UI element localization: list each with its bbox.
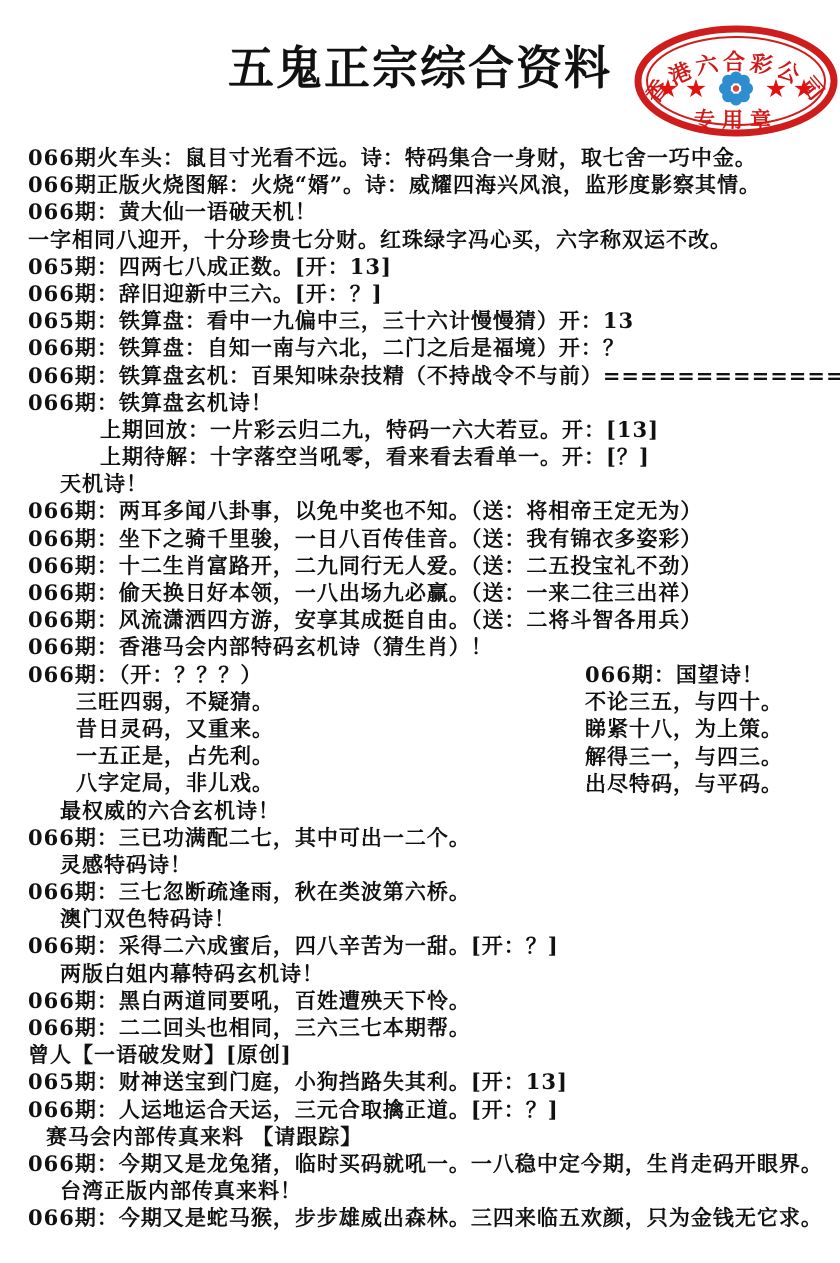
text-line: 澳门双色特码诗！ bbox=[0, 905, 840, 932]
text-line: 066期：二二回头也相同，三六三七本期帮。 bbox=[0, 1014, 840, 1041]
text-line: 066期：三已功满配二七，其中可出一二个。 bbox=[0, 824, 840, 851]
text-line: 066期：香港马会内部特码玄机诗（猜生肖）！ bbox=[0, 633, 840, 660]
text-line: 不论三五，与四十。 bbox=[585, 688, 783, 715]
text-line: 曾人【一语破发财】[原创] bbox=[0, 1041, 840, 1068]
text-line: 上期回放：一片彩云归二九，特码一六大若豆。开：[13] bbox=[0, 416, 840, 443]
star-icon: ★ bbox=[685, 74, 707, 103]
text-line: 066期：坐下之骑千里骏，一日八百传佳音。（送：我有锦衣多姿彩） bbox=[0, 525, 840, 552]
text-line: 解得三一，与四三。 bbox=[585, 743, 783, 770]
text-line: 066期：今期又是龙兔猪，临时买码就吼一。一八稳中定今期，生肖走码开眼界。 bbox=[0, 1150, 840, 1177]
text-line: 066期：铁算盘玄机：百果知味杂技精（不持战令不与前）=============… bbox=[0, 362, 840, 389]
text-line: 066期：人运地运合天运，三元合取擒正道。[开：？] bbox=[0, 1096, 840, 1123]
text-line: 台湾正版内部传真来料！ bbox=[0, 1177, 840, 1204]
text-line: 066期火车头：鼠目寸光看不远。诗：特码集合一身财，取七舍一巧中金。 bbox=[0, 144, 840, 171]
text-line: 066期：三七忽断疏逢雨，秋在类波第六桥。 bbox=[0, 878, 840, 905]
text-line: 066期：偷天换日好本领，一八出场九必赢。（送：一来二往三出祥） bbox=[0, 579, 840, 606]
page-root: 五鬼正宗综合资料 香港六合彩公司 ★ ★ ★ ★ 专用章 066期火车头：鼠目寸… bbox=[0, 0, 840, 1263]
text-line: 066期：黑白两道同要吼，百姓遭殃天下怜。 bbox=[0, 987, 840, 1014]
text-line: 睇紧十八，为上策。 bbox=[585, 715, 783, 742]
text-line: 出尽特码，与平码。 bbox=[585, 770, 783, 797]
text-line: 066期：铁算盘：自知一南与六北，二门之后是福境）开：？ bbox=[0, 334, 840, 361]
text-line: 065期：财神送宝到门庭，小狗挡路失其利。[开：13] bbox=[0, 1068, 840, 1095]
text-line: 赛马会内部传真来料 【请跟踪】 bbox=[0, 1123, 840, 1150]
text-line: 最权威的六合玄机诗！ bbox=[0, 797, 840, 824]
text-line: 066期：十二生肖富路开，二九同行无人爱。（送：二五投宝礼不劲） bbox=[0, 552, 840, 579]
company-stamp: 香港六合彩公司 ★ ★ ★ ★ 专用章 bbox=[633, 24, 839, 138]
stamp-bottom-text: 专用章 bbox=[694, 107, 778, 132]
text-line: 一字相同八迎开，十分珍贵七分财。红珠绿字冯心买，六字称双运不改。 bbox=[0, 226, 840, 253]
text-line: 066期：国望诗！ bbox=[585, 661, 783, 688]
right-column: 066期：国望诗！不论三五，与四十。睇紧十八，为上策。解得三一，与四三。出尽特码… bbox=[585, 661, 783, 797]
text-line: 天机诗！ bbox=[0, 470, 840, 497]
text-line: 066期：铁算盘玄机诗！ bbox=[0, 389, 840, 416]
text-line: 066期：辞旧迎新中三六。[开：？] bbox=[0, 280, 840, 307]
text-line: 上期待解：十字落空当吼零，看来看去看单一。开：[？] bbox=[0, 443, 840, 470]
text-line: 065期：四两七八成正数。[开：13] bbox=[0, 253, 840, 280]
text-line: 065期：铁算盘：看中一九偏中三，三十六计慢慢猜）开：13 bbox=[0, 307, 840, 334]
star-icon: ★ bbox=[765, 74, 787, 103]
star-icon: ★ bbox=[793, 74, 815, 103]
text-line: 066期：采得二六成蜜后，四八辛苦为一甜。[开：？] bbox=[0, 932, 840, 959]
flower-icon bbox=[719, 72, 753, 106]
text-line: 066期：黄大仙一语破天机！ bbox=[0, 198, 840, 225]
text-line: 066期：今期又是蛇马猴，步步雄威出森林。三四来临五欢颜，只为金钱无它求。 bbox=[0, 1204, 840, 1231]
star-icon: ★ bbox=[657, 74, 679, 103]
text-line: 066期：两耳多闻八卦事，以免中奖也不知。（送：将相帝王定无为） bbox=[0, 497, 840, 524]
text-line: 066期正版火烧图解：火烧“婿”。诗：威耀四海兴风浪，监形度影察其情。 bbox=[0, 171, 840, 198]
text-line: 066期：风流潇洒四方游，安享其成挺自由。（送：二将斗智各用兵） bbox=[0, 606, 840, 633]
text-line: 灵感特码诗！ bbox=[0, 851, 840, 878]
text-line: 两版白姐内幕特码玄机诗！ bbox=[0, 960, 840, 987]
